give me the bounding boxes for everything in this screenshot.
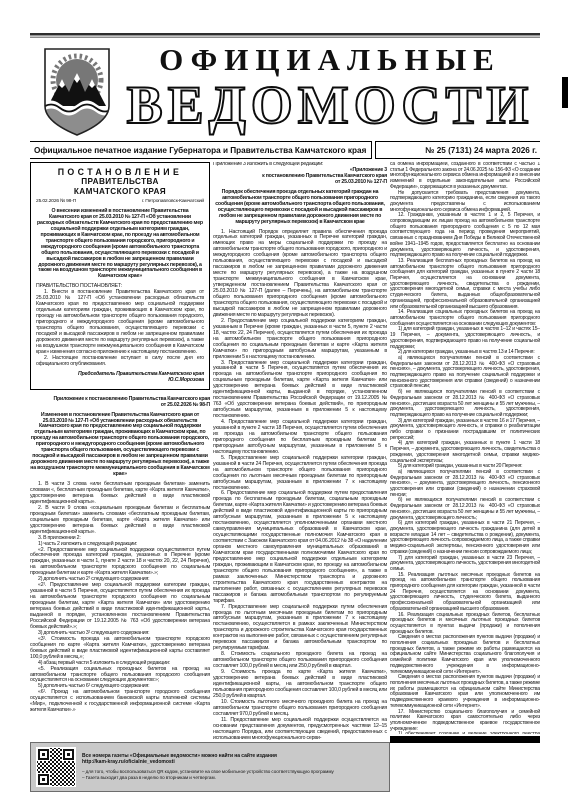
paragraph: «3¹. Стоимость проезда на автомобильном … bbox=[30, 637, 210, 661]
paragraph: 6. Предоставление мер социальной поддерж… bbox=[213, 491, 387, 604]
masthead: ОФИЦИАЛЬНЫЕ ВЕДОМОСТИ bbox=[118, 42, 542, 132]
paragraph: 6) для категорий граждан, указанных в ча… bbox=[390, 521, 540, 555]
paragraph: «Приложение 3 к постановлению Правительс… bbox=[213, 168, 387, 186]
paragraph: б) не являющихся получателями пенсий в с… bbox=[390, 498, 540, 521]
paragraph: Сведения о местах расположения пунктов в… bbox=[390, 675, 540, 709]
footer-note: Все номера газеты «Официальные ведомости… bbox=[82, 753, 389, 780]
paragraph: «2. Предоставление мер социальной поддер… bbox=[30, 548, 210, 578]
issue-number-date: № 25 (7131) 24 марта 2026 г. bbox=[375, 141, 540, 159]
paragraph: http://kam-kray.ru/oficialnie_vedomosti bbox=[82, 759, 383, 765]
resolution-box: ПОСТАНОВЛЕНИЕПРАВИТЕЛЬСТВАКАМЧАТСКОГО КР… bbox=[30, 162, 210, 390]
paragraph: Не допускается требовать представления д… bbox=[390, 191, 540, 214]
newspaper-front-page: ОФИЦИАЛЬНЫЕ ВЕДОМОСТИ Официальное печатн… bbox=[0, 0, 568, 800]
kamchatka-coat-of-arms-icon bbox=[42, 46, 112, 138]
paragraph: 7) для категорий граждан, указанных в ча… bbox=[390, 556, 540, 573]
paragraph: 2. Настоящее постановление вступает в си… bbox=[36, 356, 204, 368]
article-column-3: са обмена информацией, созданного в соот… bbox=[390, 162, 540, 734]
paragraph: 1. В части 3 слова «или бесплатным проез… bbox=[30, 482, 210, 506]
paragraph: 7. Предоставление мер социальной поддерж… bbox=[213, 605, 387, 653]
paragraph: 14. Реализация социальных проездных биле… bbox=[390, 310, 540, 327]
paragraph: 15. Реализация льготных месячных проездн… bbox=[390, 573, 540, 613]
masthead-title-line1: ОФИЦИАЛЬНЫЕ bbox=[118, 42, 542, 78]
article-column-1: ПОСТАНОВЛЕНИЕПРАВИТЕЛЬСТВАКАМЧАТСКОГО КР… bbox=[30, 162, 210, 740]
paragraph: 5. Предоставление мер социальной поддерж… bbox=[213, 456, 387, 492]
paragraph: 13. Реализация бесплатных проездных биле… bbox=[390, 259, 540, 310]
qr-code-icon bbox=[36, 747, 76, 787]
paragraph: 1. Настоящий Порядок определяет правила … bbox=[213, 230, 387, 319]
paragraph: Сведения о местах расположения пунктов в… bbox=[390, 635, 540, 675]
paragraph: 12. Гражданам, указанным в частях 1 и 2,… bbox=[390, 213, 540, 259]
paragraph: 11. Предоставление мер социальной поддер… bbox=[213, 718, 387, 740]
paragraph: 1) обеспечивает создание и ведение элект… bbox=[390, 732, 540, 734]
footer-info-box: Все номера газеты «Официальные ведомости… bbox=[30, 742, 390, 792]
paragraph: ПОСТАНОВЛЕНИЕ bbox=[36, 167, 204, 177]
page-edge-mark bbox=[562, 77, 568, 108]
paragraph: Изменения в постановление Правительства … bbox=[30, 413, 210, 478]
top-rule-divider bbox=[30, 33, 540, 38]
paragraph: О внесении изменений в постановление Пра… bbox=[36, 209, 204, 280]
paragraph: – Газета выходит два раза в неделю по вт… bbox=[82, 775, 383, 781]
paragraph: 9. Стоимость проезда по карте «Карта жит… bbox=[213, 670, 387, 700]
paragraph: 3. Предоставление мер социальной поддерж… bbox=[213, 361, 387, 421]
paragraph: КАМЧАТСКОГО КРАЯ bbox=[36, 187, 204, 197]
article-end-bar bbox=[390, 736, 540, 743]
publication-subtitle: Официальное печатное издание Губернатора… bbox=[30, 141, 372, 159]
paragraph: 2. Предоставление мер социальной поддерж… bbox=[213, 319, 387, 361]
paragraph: а) являющихся получателями пенсий в соот… bbox=[390, 470, 540, 499]
masthead-info-bar: Официальное печатное издание Губернатора… bbox=[30, 141, 540, 159]
paragraph: Ю.С.Морозова bbox=[36, 378, 204, 384]
paragraph: са обмена информацией, созданного в соот… bbox=[390, 162, 540, 191]
paragraph: ПРАВИТЕЛЬСТВА bbox=[36, 177, 204, 187]
paragraph: 1. Внести в постановление Правительства … bbox=[36, 290, 204, 355]
paragraph: 4) для категорий граждан, указанных в пу… bbox=[390, 441, 540, 464]
article-column-2: Приложение 3 изложить в следующей редакц… bbox=[213, 162, 387, 740]
paragraph: 10. Стоимость льготного месячного проезд… bbox=[213, 700, 387, 718]
paragraph: 8. Стоимость социального проездного биле… bbox=[213, 652, 387, 670]
paragraph: Порядок обеспечения проезда отдельных ка… bbox=[213, 190, 387, 226]
paragraph: 25.02.2026 № 98-Пг. Петропавловск-Камчат… bbox=[36, 199, 204, 205]
paragraph: «5. Реализация социальных проездных биле… bbox=[30, 667, 210, 685]
resolution-appendix: Приложение к постановлению Правительства… bbox=[30, 397, 210, 715]
paragraph: 1) для категорий граждан, указанных в ча… bbox=[390, 327, 540, 350]
paragraph: Приложение к постановлению Правительства… bbox=[30, 397, 210, 409]
paragraph: 2. В части 9 слова «социальным проездным… bbox=[30, 506, 210, 536]
paragraph: б) не являющихся получателями пенсий в с… bbox=[390, 390, 540, 419]
paragraph: а) являющихся получателями пенсий в соот… bbox=[390, 356, 540, 390]
paragraph: «2¹. Предоставление мер социальной подде… bbox=[30, 583, 210, 631]
paragraph: 16. Реализация социальных проездных биле… bbox=[390, 613, 540, 636]
paragraph: 17. Министерство социального благополучи… bbox=[390, 710, 540, 733]
paragraph: 3) для категорий граждан, указанных в ча… bbox=[390, 419, 540, 442]
masthead-title-line2: ВЕДОМОСТИ bbox=[118, 78, 542, 132]
paragraph: 4. Предоставление мер социальной поддерж… bbox=[213, 420, 387, 456]
paragraph: «6¹. Проезд на автомобильном транспорте … bbox=[30, 690, 210, 714]
